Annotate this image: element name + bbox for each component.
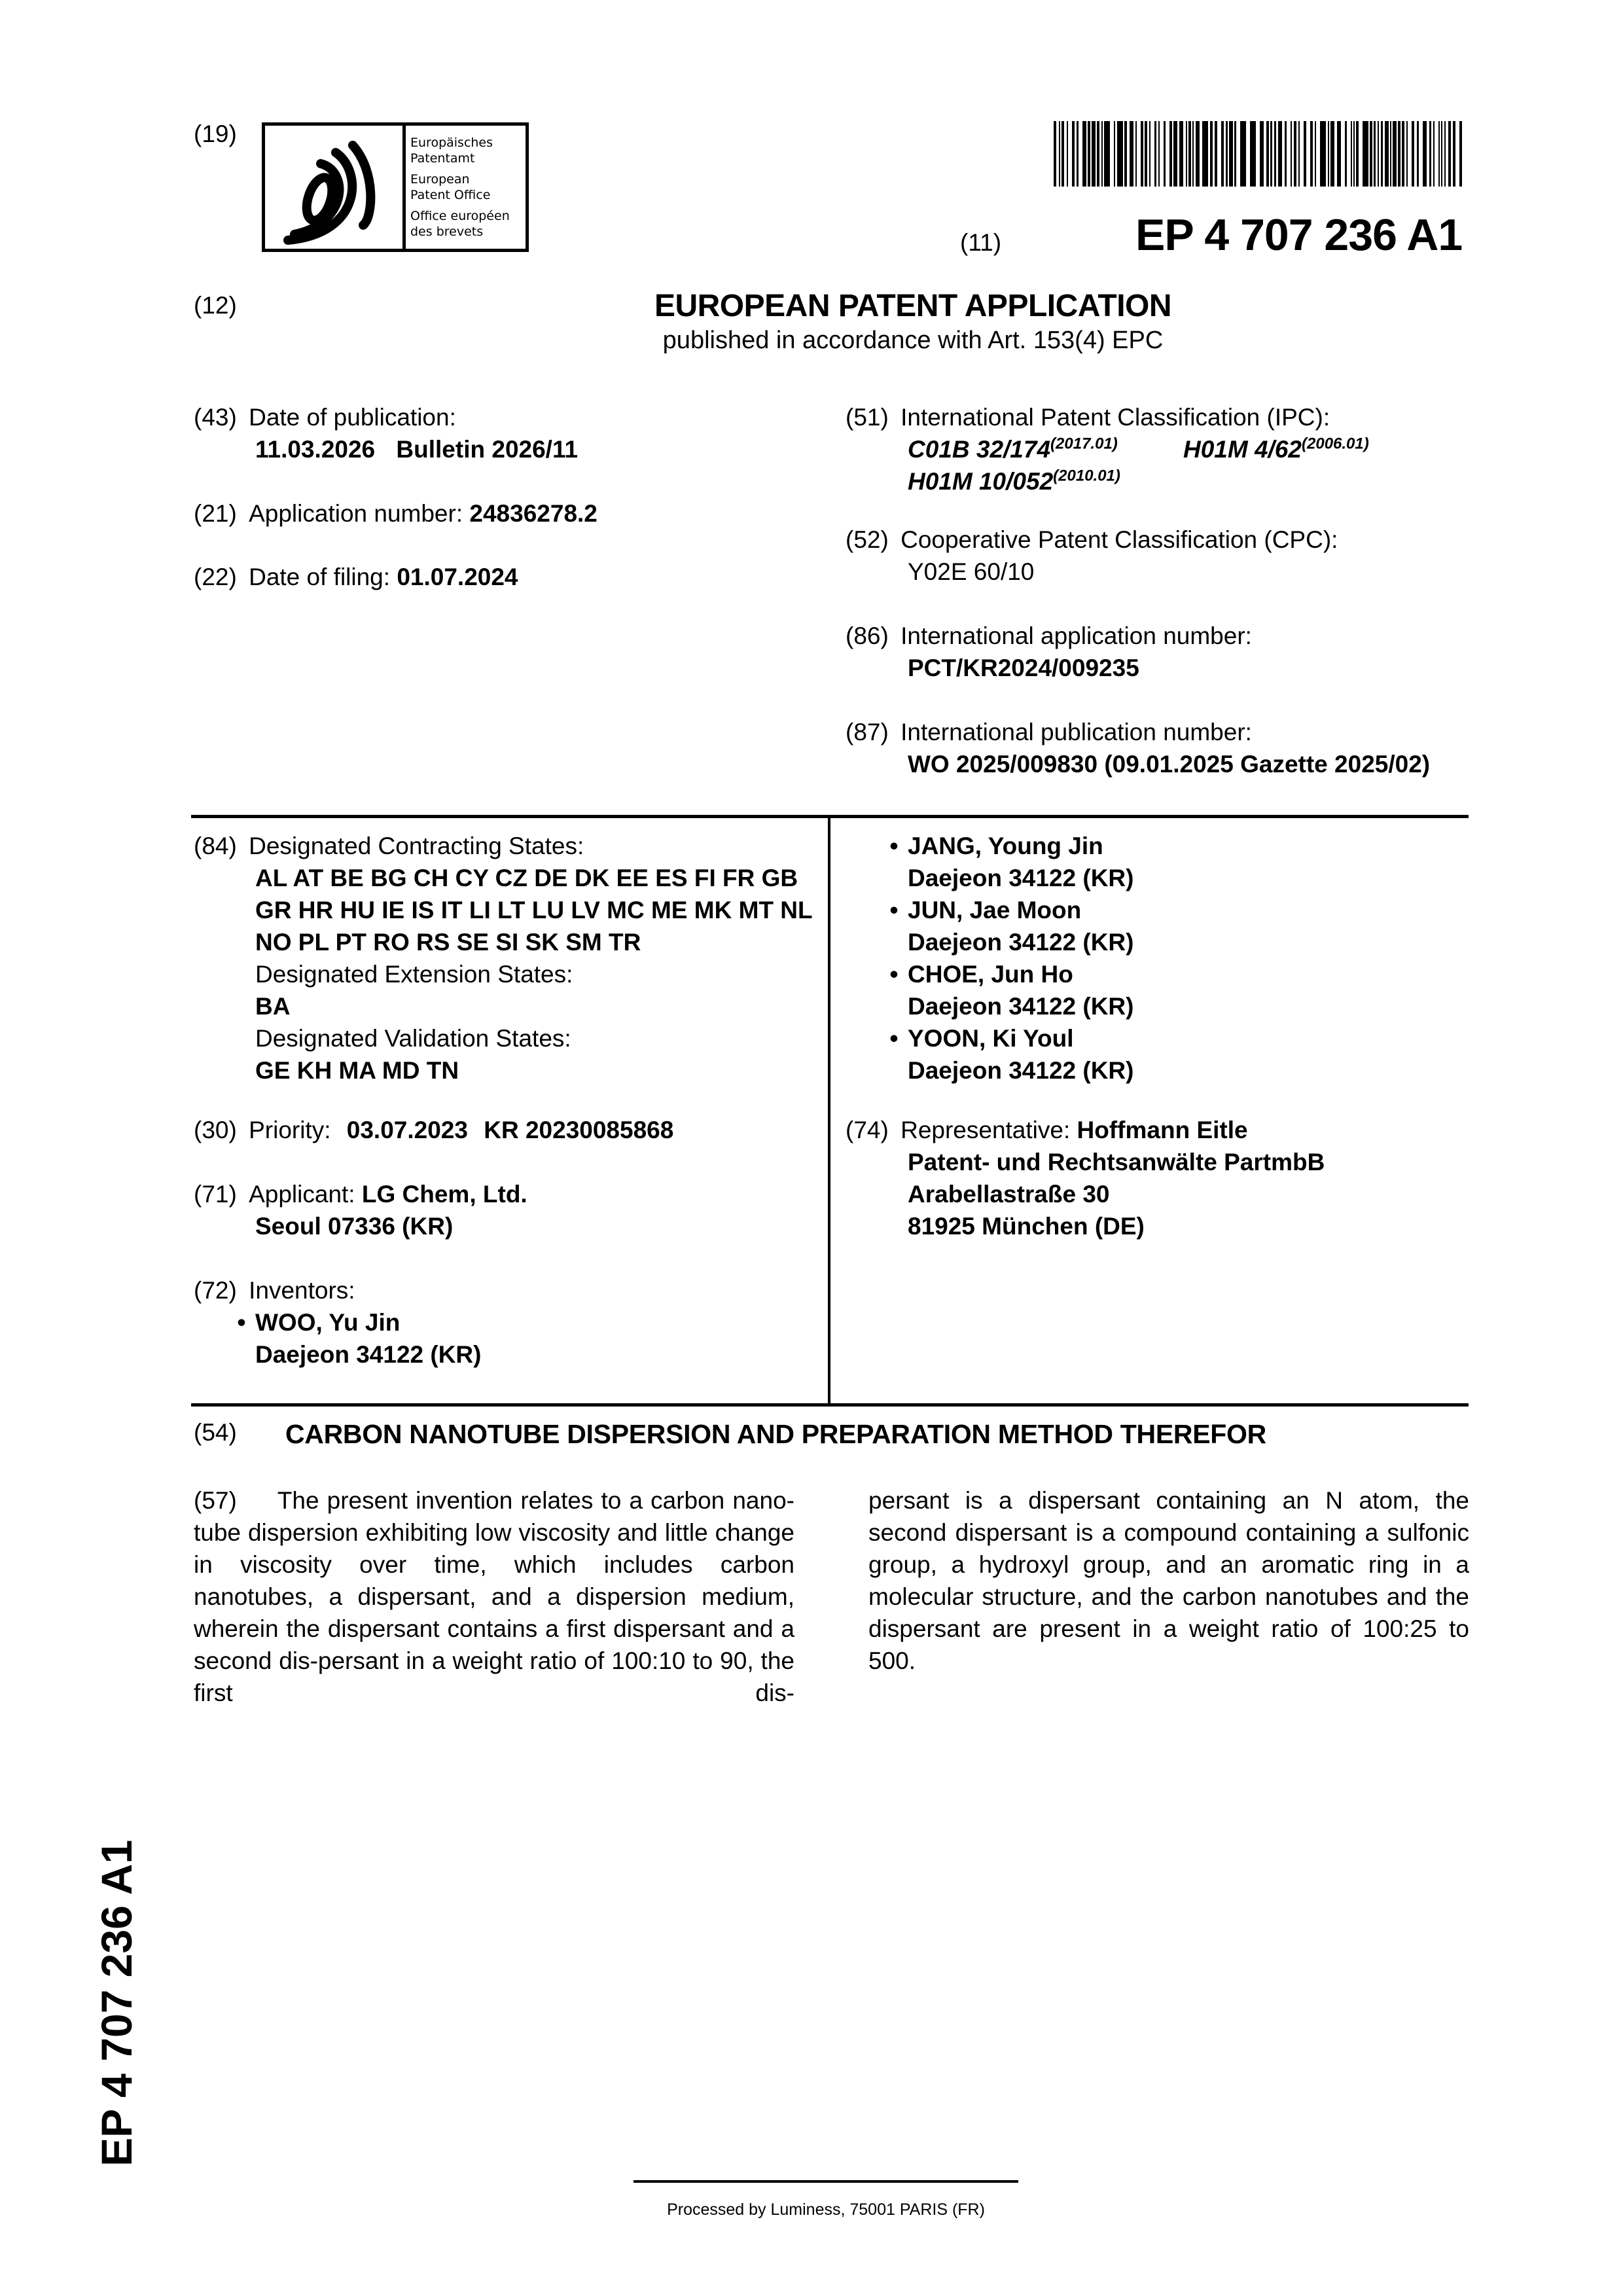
inventor-entry: •YOON, Ki Youl Daejeon 34122 (KR) — [908, 1022, 1133, 1086]
abstract-column-1: (57)The present invention relates to a c… — [194, 1484, 794, 1709]
inventor-entry: •CHOE, Jun Ho Daejeon 34122 (KR) — [908, 958, 1133, 1022]
inventor-name: CHOE, Jun Ho — [908, 961, 1073, 988]
inid-57: (57) — [194, 1487, 237, 1514]
ipc-code: H01M 4/62 — [1183, 436, 1302, 463]
inid-21: (21) — [194, 500, 237, 527]
epo-logo-icon — [265, 126, 399, 249]
inid-71: (71) — [194, 1181, 237, 1208]
ipc-class-1: C01B 32/174(2017.01) — [908, 433, 1118, 465]
representative-firm: Patent- und Rechtsanwälte PartmbB — [908, 1146, 1325, 1178]
publication-date: 11.03.2026 — [255, 436, 375, 463]
field-86: (86) International application number: — [846, 620, 1252, 652]
inventor-name: YOON, Ki Youl — [908, 1025, 1074, 1052]
ipc-version: (2006.01) — [1302, 435, 1369, 453]
filing-date: 01.07.2024 — [397, 564, 518, 590]
inventor-entry: •JANG, Young Jin Daejeon 34122 (KR) — [908, 830, 1133, 894]
ipc-label: International Patent Classification (IPC… — [901, 404, 1330, 431]
side-publication-number: EP 4 707 236 A1 — [92, 1840, 141, 2166]
publication-date-label: Date of publication: — [249, 404, 456, 431]
inid-19: (19) — [194, 122, 237, 146]
publication-date-value: 11.03.2026 Bulletin 2026/11 — [255, 433, 578, 465]
representative-name: Hoffmann Eitle — [1077, 1117, 1248, 1143]
bottom-rule — [191, 1403, 1469, 1407]
bullet-icon: • — [880, 830, 908, 862]
contracting-states-label: Designated Contracting States: — [249, 833, 584, 859]
office-name-en-2: Patent Office — [410, 187, 510, 203]
extension-states-label: Designated Extension States: — [255, 958, 813, 990]
representative-street: Arabellastraße 30 — [908, 1178, 1325, 1210]
validation-states: GE KH MA MD TN — [255, 1054, 813, 1086]
office-name-en-1: European — [410, 171, 510, 187]
inid-72: (72) — [194, 1277, 237, 1304]
inid-30: (30) — [194, 1117, 237, 1143]
field-52: (52) Cooperative Patent Classification (… — [846, 524, 1338, 556]
inid-51: (51) — [846, 404, 889, 431]
field-84: (84) Designated Contracting States: AL A… — [194, 830, 813, 1086]
field-87: (87) International publication number: — [846, 716, 1252, 748]
inventors-continued: •JANG, Young Jin Daejeon 34122 (KR) •JUN… — [908, 830, 1133, 1086]
field-72: (72) Inventors: •WOO, Yu Jin Daejeon 341… — [194, 1274, 481, 1371]
application-number: 24836278.2 — [469, 500, 597, 527]
field-74: (74) Representative: Hoffmann Eitle Pate… — [846, 1114, 1325, 1242]
document-type: EUROPEAN PATENT APPLICATION — [203, 288, 1623, 324]
inid-87: (87) — [846, 719, 889, 745]
ipc-code: H01M 10/052 — [908, 468, 1053, 495]
invention-title: CARBON NANOTUBE DISPERSION AND PREPARATI… — [285, 1419, 1266, 1450]
inventors-label: Inventors: — [249, 1277, 355, 1304]
applicant-label: Applicant: — [249, 1181, 355, 1208]
inid-11: (11) — [960, 230, 1001, 255]
bullet-icon: • — [880, 894, 908, 926]
ipc-code: C01B 32/174 — [908, 436, 1050, 463]
contracting-states-line: AL AT BE BG CH CY CZ DE DK EE ES FI FR G… — [255, 862, 813, 894]
inventor-entry: •WOO, Yu Jin Daejeon 34122 (KR) — [255, 1306, 481, 1371]
office-name-de-1: Europäisches — [410, 135, 510, 151]
cpc-value: Y02E 60/10 — [908, 556, 1034, 588]
contracting-states-line: GR HR HU IE IS IT LI LT LU LV MC ME MK M… — [255, 894, 813, 926]
applicant-name: LG Chem, Ltd. — [362, 1181, 527, 1208]
publication-number: EP 4 707 236 A1 — [1135, 209, 1462, 260]
inid-43: (43) — [194, 404, 237, 431]
validation-states-label: Designated Validation States: — [255, 1022, 813, 1054]
inventor-name: WOO, Yu Jin — [255, 1309, 400, 1336]
inventor-name: JANG, Young Jin — [908, 833, 1103, 859]
bullet-icon: • — [880, 958, 908, 990]
ipc-version: (2017.01) — [1050, 435, 1118, 453]
field-30: (30) Priority: 03.07.2023 KR 20230085868 — [194, 1114, 673, 1146]
inventor-address: Daejeon 34122 (KR) — [908, 862, 1133, 894]
inid-74: (74) — [846, 1117, 889, 1143]
office-name-de-2: Patentamt — [410, 151, 510, 166]
footer-rule — [633, 2180, 1018, 2183]
bullet-icon: • — [880, 1022, 908, 1054]
inid-84: (84) — [194, 833, 237, 859]
intl-application-label: International application number: — [901, 622, 1252, 649]
inid-86: (86) — [846, 622, 889, 649]
inid-52: (52) — [846, 526, 889, 553]
bulletin: Bulletin 2026/11 — [396, 436, 578, 463]
priority-label: Priority: — [249, 1117, 330, 1143]
inventor-name: JUN, Jae Moon — [908, 897, 1081, 924]
footer-processed-by: Processed by Luminess, 75001 PARIS (FR) — [633, 2200, 1018, 2219]
field-43: (43) Date of publication: — [194, 401, 456, 433]
office-name-fr-2: des brevets — [410, 224, 510, 240]
abstract-column-2: persant is a dispersant containing an N … — [868, 1484, 1469, 1677]
contracting-states-line: NO PL PT RO RS SE SI SK SM TR — [255, 926, 813, 958]
intl-application-number: PCT/KR2024/009235 — [908, 652, 1139, 684]
field-71: (71) Applicant: LG Chem, Ltd. Seoul 0733… — [194, 1178, 527, 1242]
cpc-label: Cooperative Patent Classification (CPC): — [901, 526, 1338, 553]
priority-number: KR 20230085868 — [484, 1117, 673, 1143]
office-name-fr-1: Office européen — [410, 208, 510, 224]
document-subtype: published in accordance with Art. 153(4)… — [203, 327, 1623, 355]
abstract-text-start: The present invention relates to a carbo… — [277, 1487, 794, 1514]
intl-publication-number: WO 2025/009830 (09.01.2025 Gazette 2025/… — [908, 748, 1430, 780]
bullet-icon: • — [228, 1306, 255, 1338]
intl-publication-label: International publication number: — [901, 719, 1252, 745]
document-kind: EUROPEAN PATENT APPLICATION published in… — [0, 288, 1623, 355]
inventor-entry: •JUN, Jae Moon Daejeon 34122 (KR) — [908, 894, 1133, 958]
ipc-class-2: H01M 4/62(2006.01) — [1183, 433, 1369, 465]
application-number-label: Application number: — [249, 500, 463, 527]
inventor-address: Daejeon 34122 (KR) — [908, 1054, 1133, 1086]
field-21: (21) Application number: 24836278.2 — [194, 497, 597, 529]
epo-logo: Europäisches Patentamt European Patent O… — [262, 122, 529, 252]
inventor-address: Daejeon 34122 (KR) — [255, 1338, 481, 1371]
inid-54: (54) — [194, 1420, 237, 1444]
inventor-address: Daejeon 34122 (KR) — [908, 926, 1133, 958]
priority-date: 03.07.2023 — [347, 1117, 468, 1143]
column-divider — [828, 815, 830, 1406]
ipc-class-3: H01M 10/052(2010.01) — [908, 465, 1120, 497]
filing-date-label: Date of filing: — [249, 564, 390, 590]
representative-label: Representative: — [901, 1117, 1070, 1143]
logo-divider — [402, 126, 406, 249]
extension-states: BA — [255, 990, 813, 1022]
representative-city: 81925 München (DE) — [908, 1210, 1325, 1242]
abstract-text: tube dispersion exhibiting low viscosity… — [194, 1516, 794, 1709]
office-names: Europäisches Patentamt European Patent O… — [410, 135, 510, 240]
inventor-address: Daejeon 34122 (KR) — [908, 990, 1133, 1022]
applicant-address: Seoul 07336 (KR) — [255, 1210, 527, 1242]
barcode-icon — [1054, 121, 1466, 187]
field-51: (51) International Patent Classification… — [846, 401, 1330, 433]
ipc-version: (2010.01) — [1053, 467, 1120, 485]
field-22: (22) Date of filing: 01.07.2024 — [194, 561, 518, 593]
inid-22: (22) — [194, 564, 237, 590]
